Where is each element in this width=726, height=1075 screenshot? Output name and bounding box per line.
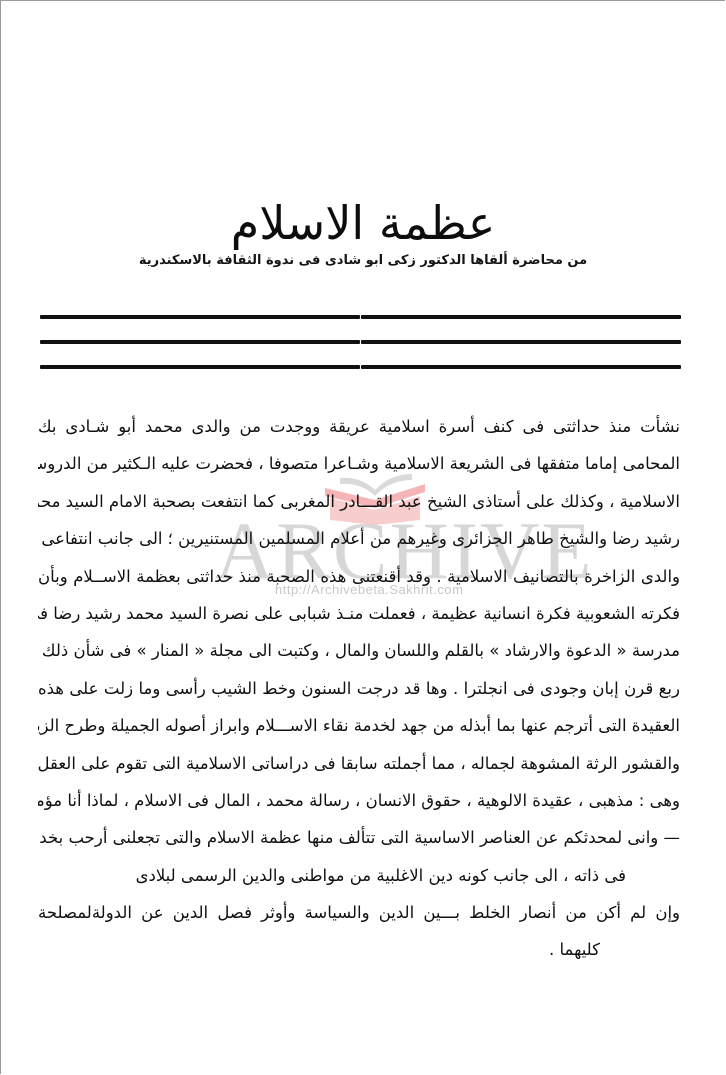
rule-segment-left — [40, 340, 360, 344]
text-line: والدى الزاخرة بالتصانيف الاسلامية . وقد … — [38, 558, 680, 595]
text-line: الاسلامية ، وكذلك على أستاذى الشيخ عبد ا… — [38, 483, 680, 520]
text-line: فى ذاته ، الى جانب كونه دين الاغلبية من … — [38, 857, 680, 894]
decorative-rule — [40, 340, 681, 344]
text-line: العقيدة التى أترجم عنها بما أبذله من جهد… — [38, 707, 680, 744]
article-body: نشأت منذ حداثتى فى كنف أسرة اسلامية عريق… — [38, 408, 680, 969]
text-line: ربع قرن إبان وجودى فى انجلترا . وها قد د… — [38, 670, 680, 707]
article-subtitle: من محاضرة ألقاها الدكتور زكى ابو شادى فى… — [0, 253, 726, 268]
rule-segment-right — [361, 365, 681, 369]
text-line: المحامى إماما متفقها فى الشريعة الاسلامي… — [38, 445, 680, 482]
article-title: عظمة الاسلام — [0, 196, 726, 250]
rule-segment-right — [361, 340, 681, 344]
text-line: وهى : مذهبى ، عقيدة الالوهية ، حقوق الان… — [38, 782, 680, 819]
text-line: وإن لم أكن من أنصار الخلط بـــين الدين و… — [38, 894, 680, 931]
text-line: رشيد رضا والشيخ طاهر الجزائرى وغيرهم من … — [38, 520, 680, 557]
text-line: والقشور الرثة المشوهة لجماله ، مما أجملت… — [38, 745, 680, 782]
text-line: فكرته الشعوبية فكرة انسانية عظيمة ، فعمل… — [38, 595, 680, 632]
decorative-rule — [40, 315, 681, 319]
text-line: كليهما . — [38, 931, 680, 968]
decorative-rule — [40, 365, 681, 369]
rule-segment-right — [361, 315, 681, 319]
rule-segment-left — [40, 365, 360, 369]
text-line: نشأت منذ حداثتى فى كنف أسرة اسلامية عريق… — [38, 408, 680, 445]
rule-segment-left — [40, 315, 360, 319]
text-line: مدرسة « الدعوة والارشاد » بالقلم واللسان… — [38, 632, 680, 669]
text-line: — وانى لمحدثكم عن العناصر الاساسية التى … — [38, 819, 680, 856]
